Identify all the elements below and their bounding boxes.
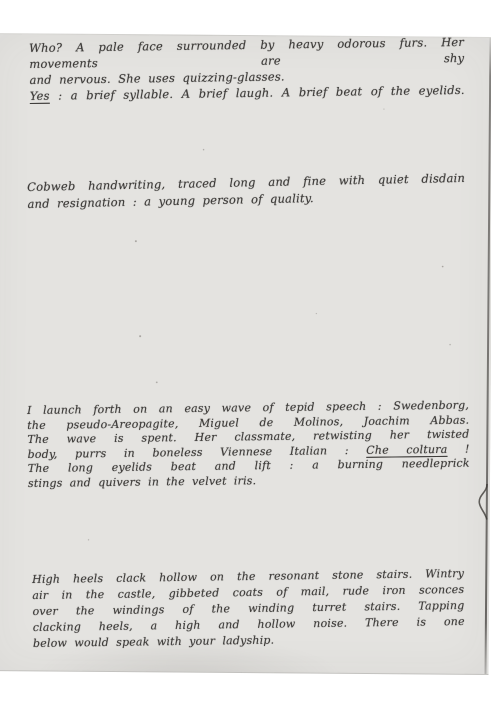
page-curl-mark	[474, 484, 490, 520]
paper-right-edge-shadow	[484, 38, 491, 674]
underlined-word: Yes	[30, 89, 50, 103]
handwritten-paragraph: I launch forth on an easy wave of tepid …	[27, 399, 470, 492]
handwritten-paragraph: High heels clack hollow on the resonant …	[32, 566, 465, 652]
handwritten-paragraph: Who? A pale face surrounded by heavy odo…	[29, 34, 465, 104]
handwritten-line: Who? A pale face surrounded by heavy odo…	[29, 34, 464, 72]
underlined-word: Che coltura	[366, 443, 447, 457]
scanned-manuscript-page: Who? A pale face surrounded by heavy odo…	[0, 0, 491, 709]
